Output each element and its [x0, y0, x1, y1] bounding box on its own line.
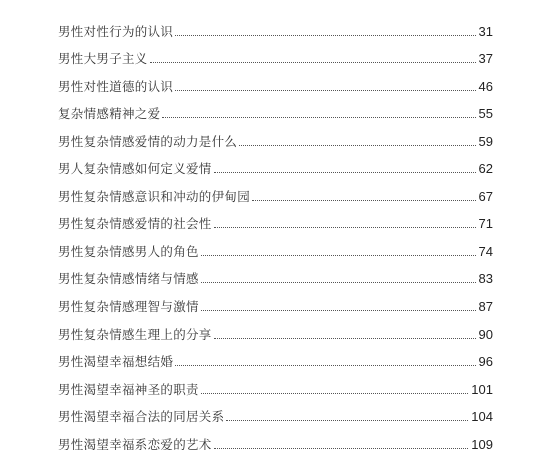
toc-entry[interactable]: 男性复杂情感男人的角色 74	[58, 232, 493, 260]
dot-leader	[162, 117, 475, 118]
toc-entry-page: 90	[479, 327, 493, 343]
toc-entry-page: 59	[479, 134, 493, 150]
toc-entry[interactable]: 男性大男子主义 37	[58, 40, 493, 68]
toc-entry-page: 83	[479, 271, 493, 287]
table-of-contents: 男性对性行为的认识 31 男性大男子主义 37 男性对性道德的认识 46 复杂情…	[58, 12, 493, 450]
toc-entry[interactable]: 男性对性行为的认识 31	[58, 12, 493, 40]
toc-entry[interactable]: 男性渴望幸福合法的同居关系 104	[58, 398, 493, 426]
dot-leader	[175, 90, 475, 91]
dot-leader	[201, 282, 476, 283]
dot-leader	[226, 420, 468, 421]
toc-entry[interactable]: 男性复杂情感理智与激情 87	[58, 287, 493, 315]
toc-entry-title: 男性复杂情感爱情的社会性	[58, 216, 212, 232]
dot-leader	[214, 227, 476, 228]
dot-leader	[252, 200, 476, 201]
toc-entry-page: 55	[479, 106, 493, 122]
toc-entry-page: 101	[471, 382, 493, 398]
toc-entry[interactable]: 男性复杂情感爱情的社会性 71	[58, 205, 493, 233]
toc-entry-title: 男性渴望幸福神圣的职责	[58, 382, 199, 398]
dot-leader	[214, 338, 476, 339]
toc-entry[interactable]: 男性渴望幸福系恋爱的艺术 109	[58, 425, 493, 450]
toc-entry-page: 31	[479, 24, 493, 40]
dot-leader	[201, 255, 476, 256]
toc-entry-title: 男人复杂情感如何定义爱情	[58, 161, 212, 177]
dot-leader	[201, 310, 476, 311]
toc-entry-page: 37	[479, 51, 493, 67]
toc-entry-page: 46	[479, 79, 493, 95]
toc-entry-page: 87	[479, 299, 493, 315]
toc-entry-title: 男性复杂情感意识和冲动的伊甸园	[58, 189, 250, 205]
dot-leader	[175, 35, 475, 36]
toc-entry-title: 男性渴望幸福想结婚	[58, 354, 173, 370]
dot-leader	[214, 448, 469, 449]
toc-entry[interactable]: 男性对性道德的认识 46	[58, 67, 493, 95]
toc-entry-page: 74	[479, 244, 493, 260]
toc-entry-page: 104	[471, 409, 493, 425]
toc-entry[interactable]: 复杂情感精神之爱 55	[58, 95, 493, 123]
toc-entry[interactable]: 男性复杂情感意识和冲动的伊甸园 67	[58, 177, 493, 205]
toc-entry[interactable]: 男性复杂情感情绪与情感 83	[58, 260, 493, 288]
toc-entry-title: 男性复杂情感爱情的动力是什么	[58, 134, 237, 150]
toc-entry[interactable]: 男性复杂情感生理上的分享 90	[58, 315, 493, 343]
toc-entry-title: 男性复杂情感生理上的分享	[58, 327, 212, 343]
toc-entry-page: 96	[479, 354, 493, 370]
toc-entry-page: 71	[479, 216, 493, 232]
dot-leader	[150, 62, 476, 63]
dot-leader	[201, 393, 468, 394]
toc-entry-title: 男性渴望幸福系恋爱的艺术	[58, 437, 212, 450]
dot-leader	[239, 145, 475, 146]
toc-entry-page: 109	[471, 437, 493, 450]
toc-entry-title: 男性渴望幸福合法的同居关系	[58, 409, 224, 425]
toc-entry-page: 67	[479, 189, 493, 205]
toc-entry-title: 男性复杂情感理智与激情	[58, 299, 199, 315]
toc-entry[interactable]: 男人复杂情感如何定义爱情 62	[58, 150, 493, 178]
toc-entry-title: 男性大男子主义	[58, 51, 148, 67]
toc-entry-title: 男性对性行为的认识	[58, 24, 173, 40]
toc-entry[interactable]: 男性渴望幸福神圣的职责 101	[58, 370, 493, 398]
toc-entry-title: 男性复杂情感情绪与情感	[58, 271, 199, 287]
dot-leader	[214, 172, 476, 173]
dot-leader	[175, 365, 475, 366]
toc-entry-title: 男性复杂情感男人的角色	[58, 244, 199, 260]
toc-entry-title: 复杂情感精神之爱	[58, 106, 160, 122]
toc-entry[interactable]: 男性渴望幸福想结婚 96	[58, 343, 493, 371]
toc-entry-title: 男性对性道德的认识	[58, 79, 173, 95]
toc-entry-page: 62	[479, 161, 493, 177]
toc-entry[interactable]: 男性复杂情感爱情的动力是什么 59	[58, 122, 493, 150]
